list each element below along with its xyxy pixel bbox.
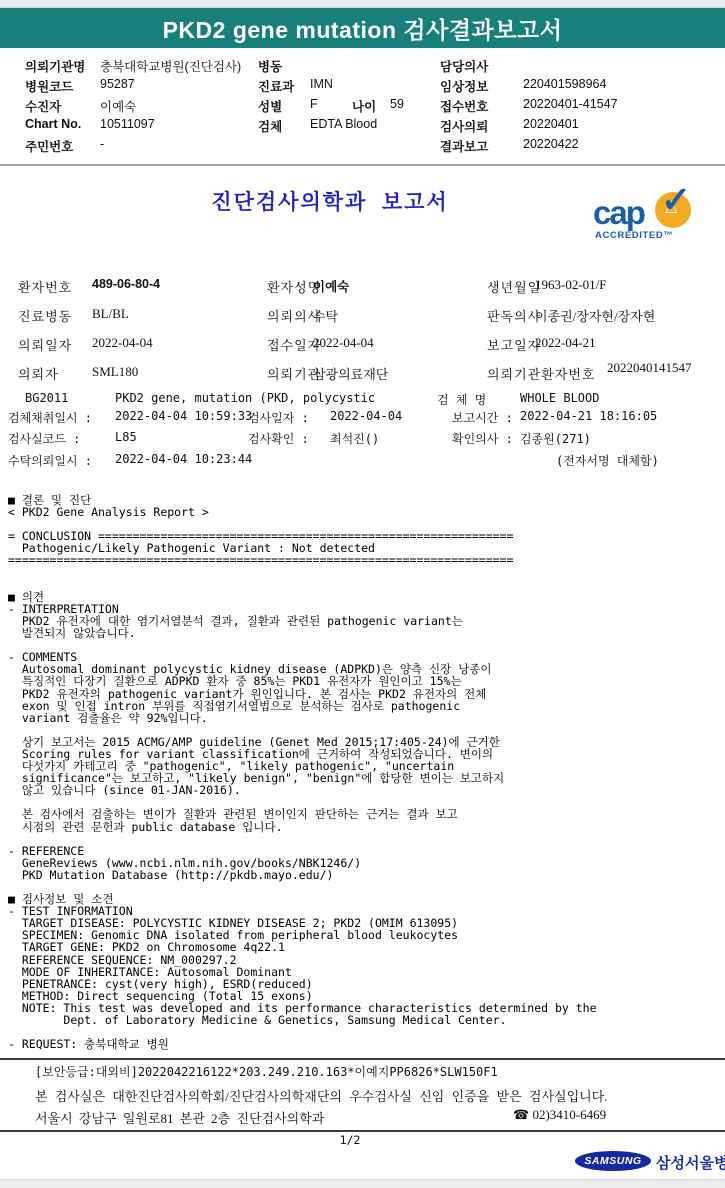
patient-row: 의뢰자 SML180 의뢰기관 삼광의료재단 의뢰기관환자번호 20220401… — [0, 364, 725, 393]
verifier-value: 최석진() — [330, 430, 379, 447]
hospital-logo: SAMSUNG 삼성서울병원 — [575, 1150, 725, 1174]
test-date-label: 검사일자 : — [248, 409, 309, 426]
admin-label: 주민번호 — [25, 137, 73, 155]
admin-row: 병원코드 95287 진료과 IMN 임상정보 220401598964 — [0, 77, 725, 97]
admin-label: 진료과 — [258, 77, 294, 95]
specimen-label: 검 체 명 — [437, 391, 486, 408]
footer-divider-top — [0, 1058, 725, 1060]
patient-label: 보고일자 — [487, 335, 541, 354]
admin-value: 이예숙 — [100, 97, 136, 115]
lab-address: 서울시 강남구 일원로81 본관 2층 진단검사의학과 — [35, 1108, 324, 1127]
confirm-label: 확인의사 : — [452, 430, 513, 447]
bottom-strip — [0, 1179, 725, 1188]
admin-value: 95287 — [100, 77, 135, 91]
admin-value: 20220401-41547 — [523, 97, 618, 111]
admin-label: 성별 — [258, 97, 282, 115]
patient-value: 2022040141547 — [607, 361, 699, 374]
test-meta-row: 검체채취일시 : 2022-04-04 10:59:33 검사일자 : 2022… — [0, 409, 725, 428]
collected-value: 2022-04-04 10:59:33 — [115, 409, 252, 423]
report-time-label: 보고시간 : — [452, 409, 513, 426]
phone-icon: ☎ — [513, 1107, 529, 1122]
admin-value: EDTA Blood — [310, 117, 377, 131]
admin-label: 결과보고 — [440, 137, 488, 155]
admin-value: 충북대학교병원(진단검사) — [100, 57, 241, 75]
test-date-value: 2022-04-04 — [330, 409, 402, 423]
admin-label: 검사의뢰 — [440, 117, 488, 135]
cap-logo-word: cap — [593, 196, 644, 229]
test-meta-row: 수탁의뢰일시 : 2022-04-04 10:23:44 (전자서명 대체함) — [0, 452, 725, 471]
patient-label: 의뢰자 — [18, 364, 59, 383]
cap-accredited-logo: cap ◬ ✓ ACCREDITED™ — [593, 194, 701, 248]
cap-checkmark-icon: ✓ — [661, 182, 691, 218]
admin-value: 59 — [390, 97, 404, 111]
patient-value: BL/BL — [92, 306, 129, 322]
admin-label: 의뢰기관명 — [25, 57, 85, 75]
admin-row: 주민번호 - 결과보고 20220422 — [0, 137, 725, 157]
patient-value: 1963-02-01/F — [535, 277, 607, 293]
test-code: BG2011 — [25, 391, 68, 405]
admin-label: 검체 — [258, 117, 282, 135]
admin-row: 수진자 이예숙 성별 F 나이 59 접수번호 20220401-41547 — [0, 97, 725, 117]
patient-label: 환자번호 — [18, 277, 72, 296]
lab-code-label: 검사실코드 : — [8, 430, 80, 447]
admin-value: 220401598964 — [523, 77, 606, 91]
patient-label: 의뢰일자 — [18, 335, 72, 354]
patient-row: 진료병동 BL/BL 의뢰의사 수탁 판독의사 이종권/장자현/장자현 — [0, 306, 725, 335]
patient-value: 2022-04-04 — [313, 335, 374, 351]
admin-label: 임상정보 — [440, 77, 488, 95]
top-strip — [0, 0, 725, 8]
samsung-logo-icon: SAMSUNG — [575, 1151, 651, 1171]
test-meta-row: BG2011 PKD2 gene, mutation (PKD, polycys… — [0, 391, 725, 410]
test-meta-row: 검사실코드 : L85 검사확인 : 최석진() 확인의사 : 김종원(271) — [0, 430, 725, 449]
phone-number: 02)3410-6469 — [532, 1107, 606, 1122]
specimen-value: WHOLE BLOOD — [520, 391, 599, 405]
patient-value: SML180 — [92, 364, 138, 380]
patient-name: 이예숙 — [313, 277, 349, 295]
admin-value: F — [310, 97, 318, 111]
outsource-value: 2022-04-04 10:23:44 — [115, 452, 252, 466]
patient-number: 489-06-80-4 — [92, 277, 160, 291]
department-report-title: 진단검사의학과 보고서 — [160, 186, 500, 216]
outsource-label: 수탁의뢰일시 : — [8, 452, 92, 469]
section-divider — [0, 164, 725, 166]
admin-label: 병원코드 — [25, 77, 73, 95]
report-banner: PKD2 gene mutation 검사결과보고서 — [0, 8, 725, 48]
accreditation-statement: 본 검사실은 대한진단검사의학회/진단검사의학재단의 우수검사실 신임 인증을 … — [35, 1086, 608, 1105]
patient-row: 환자번호 489-06-80-4 환자성명 이예숙 생년월일 1963-02-0… — [0, 277, 725, 306]
test-name: PKD2 gene, mutation (PKD, polycystic — [115, 391, 375, 405]
patient-label: 판독의사 — [487, 306, 541, 325]
patient-value: 2022-04-21 — [535, 335, 596, 351]
patient-value: 이종권/장자현/장자현 — [535, 306, 655, 325]
patient-label: 생년월일 — [487, 277, 541, 296]
patient-label: 의뢰기관환자번호 — [487, 364, 595, 383]
report-banner-title: PKD2 gene mutation 검사결과보고서 — [163, 12, 563, 45]
collected-label: 검체채취일시 : — [8, 409, 92, 426]
patient-value: 수탁 — [313, 306, 338, 325]
lab-phone: ☎ 02)3410-6469 — [513, 1107, 606, 1123]
admin-value: - — [100, 137, 104, 151]
patient-label: 진료병동 — [18, 306, 72, 325]
page-number: 1/2 — [0, 1133, 700, 1147]
admin-value: 10511097 — [100, 117, 155, 131]
patient-value: 2022-04-04 — [92, 335, 153, 351]
admin-label: 수진자 — [25, 97, 61, 115]
footer-divider-bottom — [0, 1130, 725, 1132]
admin-label: 병동 — [258, 57, 282, 75]
hospital-name: 삼성서울병원 — [656, 1152, 725, 1173]
patient-value: 삼광의료재단 — [313, 364, 388, 383]
cap-accredited-label: ACCREDITED™ — [595, 230, 673, 241]
admin-label: 나이 — [352, 97, 376, 115]
verify-label: 검사확인 : — [248, 430, 309, 447]
confirmer-value: 김종원(271) — [520, 430, 591, 447]
admin-row: 의뢰기관명 충북대학교병원(진단검사) 병동 담당의사 — [0, 57, 725, 77]
admin-label: Chart No. — [25, 117, 81, 131]
admin-label: 담당의사 — [440, 57, 488, 75]
esign-note: (전자서명 대체함) — [556, 452, 659, 469]
admin-value: IMN — [310, 77, 333, 91]
lab-code-value: L85 — [115, 430, 137, 444]
security-classification-line: [보안등급:대외비]2022042216122*203.249.210.163*… — [35, 1063, 498, 1080]
admin-label: 접수번호 — [440, 97, 488, 115]
report-time-value: 2022-04-21 18:16:05 — [520, 409, 657, 423]
admin-value: 20220401 — [523, 117, 579, 131]
admin-row: Chart No. 10511097 검체 EDTA Blood 검사의뢰 20… — [0, 117, 725, 137]
admin-value: 20220422 — [523, 137, 579, 151]
report-body-text: ■ 결론 및 진단 < PKD2 Gene Analysis Report > … — [8, 494, 713, 1050]
